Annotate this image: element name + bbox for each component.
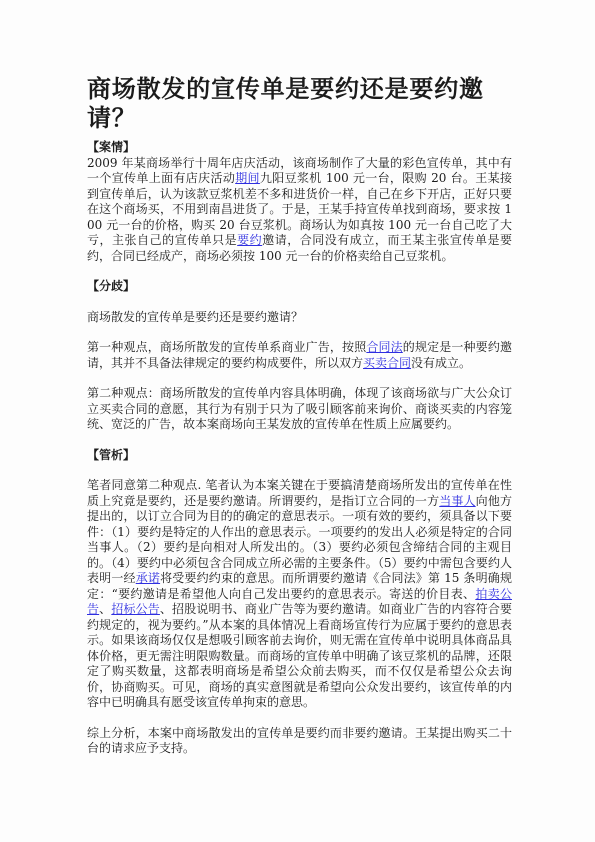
paragraph: 第二种观点：商场所散发的宣传单内容具体明确，体现了该商场欲与广大公众订立买卖合同… — [87, 386, 512, 433]
inline-link[interactable]: 合同法 — [366, 340, 402, 354]
section-heading: 【管析】 — [87, 448, 512, 464]
section-heading: 【分歧】 — [87, 279, 512, 295]
paragraph: 商场散发的宣传单是要约还是要约邀请？ — [87, 310, 512, 326]
inline-link[interactable]: 当事人 — [439, 494, 475, 508]
inline-link[interactable]: 承诺 — [136, 571, 160, 585]
document-page: 商场散发的宣传单是要约还是要约邀请？ 【案情】2009 年某商场举行十周年店庆活… — [0, 0, 595, 842]
document-title: 商场散发的宣传单是要约还是要约邀请？ — [87, 74, 489, 132]
paragraph: 2009 年某商场举行十周年店庆活动，该商场制作了大量的彩色宣传单，其中有一个宣… — [87, 156, 512, 265]
document-content: 商场散发的宣传单是要约还是要约邀请？ 【案情】2009 年某商场举行十周年店庆活… — [87, 74, 512, 772]
inline-link[interactable]: 招标公告 — [111, 602, 160, 616]
section-heading: 【案情】 — [87, 140, 512, 156]
inline-link[interactable]: 期间 — [235, 171, 260, 185]
document-body: 【案情】2009 年某商场举行十周年店庆活动，该商场制作了大量的彩色宣传单，其中… — [87, 140, 512, 757]
paragraph: 笔者同意第二种观点. 笔者认为本案关键在于要搞清楚商场所发出的宣传单在性质上究竟… — [87, 478, 512, 711]
inline-link[interactable]: 买卖合同 — [363, 356, 411, 370]
paragraph: 综上分析，本案中商场散发出的宣传单是要约而非要约邀请。王某提出购买二十台的请求应… — [87, 726, 512, 757]
paragraph: 第一种观点，商场所散发的宣传单系商业广告，按照合同法的规定是一种要约邀请，其并不… — [87, 340, 512, 371]
inline-link[interactable]: 要约 — [237, 233, 262, 247]
